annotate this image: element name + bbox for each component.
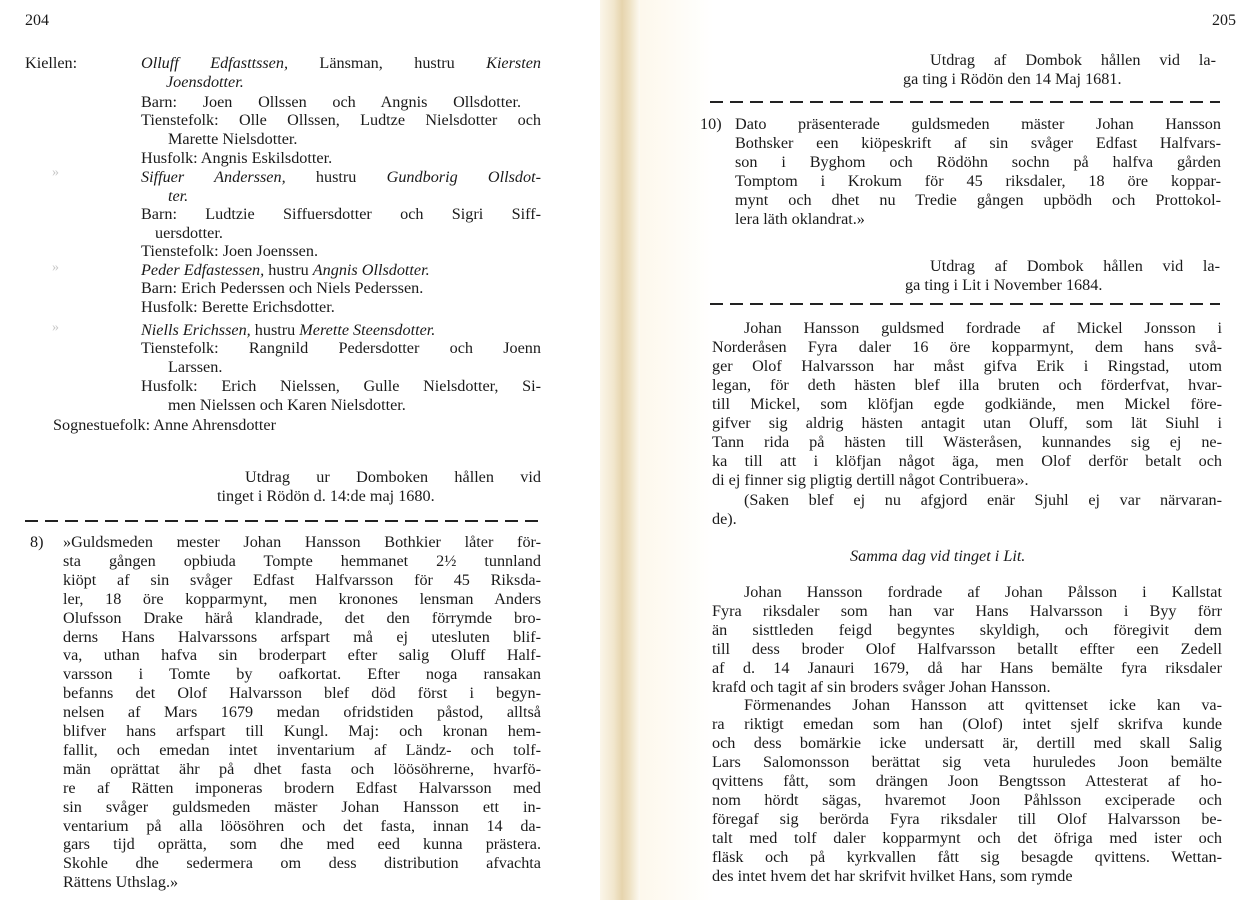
margin-mark: »: [52, 260, 59, 276]
text-line: till Mickel, som klöfjan egde godkiände,…: [712, 394, 1222, 414]
sognestuefolk-line: Sognestuefolk: Anne Ahrensdotter: [53, 415, 276, 435]
item-number: 8): [30, 532, 43, 552]
text-line: Lars Salomonsson berättat sig veta hurul…: [712, 752, 1222, 772]
text-line: föregaf sig berörda Fyra riksdaler till …: [712, 809, 1222, 829]
census-cont-line: ter.: [168, 186, 188, 206]
census-cont-line: Marette Nielsdotter.: [168, 129, 297, 149]
census-line: Tienstefolk: Joen Joenssen.: [141, 241, 318, 261]
text-line: qvittens fått, som drängen Joon Bengtsso…: [712, 771, 1222, 791]
dashed-divider: [25, 520, 541, 522]
margin-mark: »: [52, 320, 59, 336]
text-line: Johan Hansson fordrade af Johan Pålsson …: [744, 582, 1222, 602]
text-line: re af Rätten imponeras brodern Edfast Ha…: [63, 778, 541, 798]
text-line: kiöpt af sin svåger Edfast Halfvarsson f…: [63, 570, 541, 590]
page-number-left: 204: [25, 12, 49, 30]
census-head-line: Peder Edfastessen, hustru Angnis Ollsdot…: [141, 260, 430, 280]
text-line: befanns det Olof Halvarsson blef död för…: [63, 683, 541, 703]
text-line: män oprättat ähr på dhet fasta och löösö…: [63, 759, 541, 779]
text-line: Rättens Uthslag.»: [63, 872, 541, 892]
census-cont-line: men Nielssen och Karen Nielsdotter.: [168, 395, 406, 415]
text-line: lera läth oklandrat.»: [735, 209, 1221, 229]
census-line: Husfolk: Erich Nielssen, Gulle Nielsdott…: [141, 376, 541, 396]
text-line: son i Byghom och Rödöhn sochn på halfva …: [735, 152, 1221, 172]
section-heading-1680-line1: Utdrag ur Domboken hållen vid: [245, 467, 541, 487]
text-line: Fyra riksdaler som han var Hans Halvarss…: [712, 601, 1222, 621]
text-line: nelsen af Mars 1679 medan ofridstiden på…: [63, 702, 541, 722]
text-line: Norderåsen Fyra daler 16 öre kopparmynt,…: [712, 337, 1222, 357]
text-line: talt med tolf daler kopparmynt och det ö…: [712, 828, 1222, 848]
text-line: Skohle dhe sedermera om dess distributio…: [63, 853, 541, 873]
text-line: di ej finner sig pligtig dertill något C…: [712, 470, 1222, 490]
book-gutter: [600, 0, 640, 900]
text-line: Dato präsenterade guldsmeden mäster Joha…: [735, 114, 1221, 134]
census-cont-line: Joensdotter.: [166, 72, 244, 92]
subheading-samma-dag: Samma dag vid tinget i Lit.: [850, 546, 1025, 566]
text-line: Olufsson Drake härå klandrade, det den f…: [63, 608, 541, 628]
text-line: de).: [712, 509, 1222, 529]
census-cont-line: Larssen.: [168, 357, 222, 377]
census-line: Barn: Joen Ollssen och Angnis Ollsdotter…: [141, 92, 521, 112]
text-line: (Saken blef ej nu afgjord enär Sjuhl ej …: [744, 490, 1222, 510]
text-line: krafd och tagit af sin broders svåger Jo…: [712, 677, 1222, 697]
text-line: blifver hans arfspart till Kungl. Maj: o…: [63, 721, 541, 741]
text-line: varsson i Tomte by oafkortat. Efter noga…: [63, 664, 541, 684]
census-place-label: Kiellen:: [25, 53, 77, 73]
text-line: »Guldsmeden mester Johan Hansson Bothkie…: [63, 532, 541, 552]
text-line: Tomptom i Krokum för 45 riksdaler, 18 ör…: [735, 171, 1221, 191]
text-line: Förmenandes Johan Hansson att qvittenset…: [744, 695, 1222, 715]
text-line: gifver sig aldrig hästen antagit utan Ol…: [712, 413, 1222, 433]
dashed-divider: [710, 101, 1220, 103]
text-line: fallit, och emedan intet inventarium af …: [63, 740, 541, 760]
census-head-line: Olluff Edfasttssen, Länsman, hustru Kier…: [141, 53, 541, 73]
text-line: sin svåger guldsmeden mäster Johan Hanss…: [63, 797, 541, 817]
text-line: Tann rida på hästen till Wästeråsen, kun…: [712, 432, 1222, 452]
section-heading-1680-line2: tinget i Rödön d. 14:de maj 1680.: [217, 486, 435, 506]
section-heading-1681-line1: Utdrag af Dombok hållen vid la-: [930, 50, 1216, 70]
text-line: gars tijd oprätta, som dhe med eed kunna…: [63, 834, 541, 854]
text-line: derns Hans Halvarssons arfspart må ej ut…: [63, 627, 541, 647]
census-line: Barn: Ludtzie Siffuersdotter och Sigri S…: [141, 204, 541, 224]
census-head-line: Niells Erichssen, hustru Merette Steensd…: [141, 320, 435, 340]
census-line: Husfolk: Angnis Eskilsdotter.: [141, 148, 332, 168]
text-line: och dess bomärkie icke undersatt är, der…: [712, 733, 1222, 753]
text-line: Johan Hansson guldsmed fordrade af Micke…: [744, 318, 1222, 338]
text-line: ka till att i klöfjan något äga, men Olo…: [712, 451, 1222, 471]
text-line: va, uthan hafva sin broderpart efter sal…: [63, 645, 541, 665]
text-line: ger Olof Halvarsson har måst gifva Erik …: [712, 356, 1222, 376]
census-line: Tienstefolk: Rangnild Pedersdotter och J…: [141, 338, 541, 358]
census-head-line: Siffuer Anderssen, hustru Gundborig Olls…: [141, 167, 541, 187]
dashed-divider: [710, 303, 1220, 305]
text-line: ra riktigt emedan som han (Olof) intet s…: [712, 714, 1222, 734]
margin-mark: »: [52, 165, 59, 181]
census-line: Husfolk: Berette Erichsdotter.: [141, 297, 335, 317]
page-number-right: 205: [1212, 12, 1236, 30]
section-heading-1684-line1: Utdrag af Dombok hållen vid la-: [930, 256, 1220, 276]
section-heading-1681-line2: ga ting i Rödön den 14 Maj 1681.: [903, 69, 1122, 89]
text-line: legan, för deth hästen blef illa bruten …: [712, 375, 1222, 395]
text-line: ventarium på alla löösöhren och det fast…: [63, 816, 541, 836]
text-line: Bothsker een kiöpeskrift af sin svåger E…: [735, 133, 1221, 153]
text-line: af d. 14 Janauri 1679, då har Hans bemäl…: [712, 658, 1222, 678]
section-heading-1684-line2: ga ting i Lit i November 1684.: [905, 275, 1102, 295]
text-line: sta gången opbiuda Tompte hemmanet 2½ tu…: [63, 551, 541, 571]
left-page: 204 Kiellen: Olluff Edfasttssen, Länsman…: [0, 0, 600, 900]
text-line: nom hördt sägas, hvaremot Joon Påhlsson …: [712, 790, 1222, 810]
right-page: 205 Utdrag af Dombok hållen vid la- ga t…: [640, 0, 1254, 900]
text-line: till dess broder Olof Halfvarsson betall…: [712, 639, 1222, 659]
text-line: mynt och dhet nu Tredie gången upbödh oc…: [735, 190, 1221, 210]
census-line: Tienstefolk: Olle Ollssen, Ludtze Nielsd…: [141, 110, 541, 130]
text-line: des intet hvem det har skrifvit hvilket …: [712, 866, 1222, 886]
book-spread: 204 Kiellen: Olluff Edfasttssen, Länsman…: [0, 0, 1254, 900]
item-number: 10): [700, 114, 722, 134]
text-line: fläsk och på kyrkvallen fått sig besagde…: [712, 847, 1222, 867]
census-line: Barn: Erich Pederssen och Niels Pedersse…: [141, 278, 423, 298]
text-line: ler, 18 öre kopparmynt, men kronones len…: [63, 589, 541, 609]
census-cont-line: uersdotter.: [155, 223, 223, 243]
text-line: än sisttleden feigd begyntes skyldigh, o…: [712, 620, 1222, 640]
